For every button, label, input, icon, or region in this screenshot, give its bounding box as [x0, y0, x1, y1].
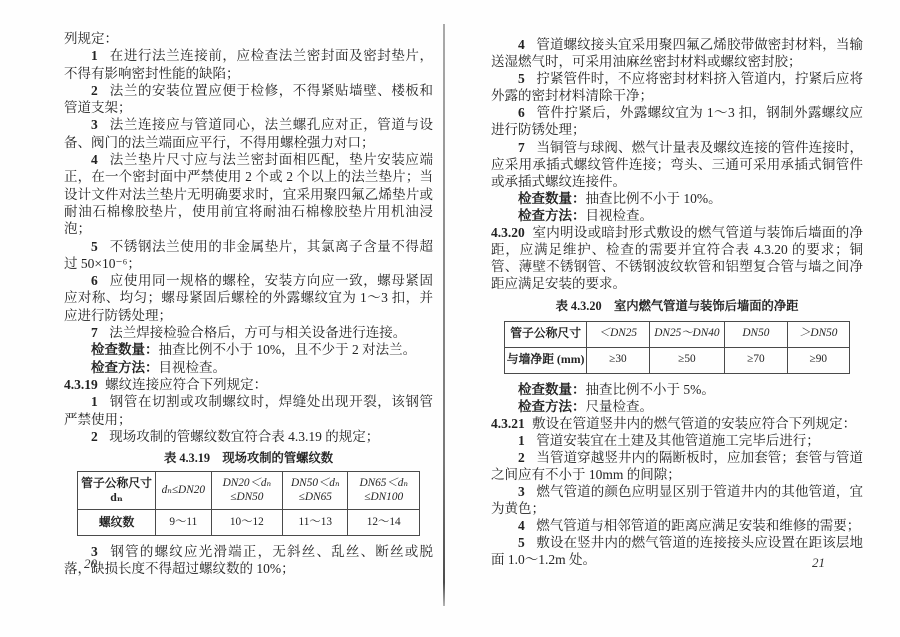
page-right: 4管道螺纹接头宜采用聚四氟乙烯胶带做密封材料，当输送湿燃气时，可采用油麻丝密封材… [491, 36, 863, 569]
list-item: 7法兰焊接检验合格后，方可与相关设备进行连接。 [64, 324, 433, 341]
thread-count-table: 管子公称尺寸 dₙ dₙ≤DN20 DN20＜dₙ ≤DN50 DN50＜dₙ … [77, 471, 420, 536]
item-text: 现场攻制的管螺纹数宜符合表 4.3.19 的规定； [109, 429, 379, 444]
item-number: 1 [518, 433, 525, 448]
table-cell: 10～12 [211, 510, 283, 536]
inspection-label: 检查方法： [518, 399, 586, 414]
inspection-quantity-line: 检查数量：抽查比例不小于 10%，且不少于 2 对法兰。 [64, 341, 433, 358]
item-text: 敷设在竖井内的燃气管道的连接接头应设置在距该层地面 1.0～1.2m 处。 [491, 535, 863, 567]
inspection-text: 抽查比例不小于 10%。 [586, 191, 722, 206]
list-item: 2现场攻制的管螺纹数宜符合表 4.3.19 的规定； [64, 428, 433, 445]
item-text: 当铜管与球阀、燃气计量表及螺纹连接的管件连接时，应采用承插式螺纹管件连接；弯头、… [491, 140, 863, 189]
item-number: 6 [518, 105, 525, 120]
item-text: 钢管在切割或攻制螺纹时，焊缝处出现开裂，该钢管严禁使用； [64, 394, 433, 426]
inspection-label: 检查数量： [91, 342, 159, 357]
inspection-text: 目视检查。 [159, 360, 227, 375]
inspection-label: 检查数量： [518, 382, 586, 397]
item-number: 3 [91, 117, 98, 132]
table-cell: ≥70 [725, 347, 787, 373]
inspection-method-line: 检查方法：目视检查。 [491, 207, 863, 224]
list-item: 2法兰的安装位置应便于检修，不得紧贴墙壁、楼板和管道支架； [64, 82, 433, 117]
item-text: 管道安装宜在土建及其他管道施工完毕后进行； [536, 433, 820, 448]
list-item: 4燃气管道与相邻管道的距离应满足安装和维修的需要； [491, 517, 863, 534]
inspection-label: 检查方法： [518, 208, 586, 223]
table-title-4320: 表 4.3.20 室内燃气管道与装饰后墙面的净距 [491, 298, 863, 315]
table-header-cell: dₙ≤DN20 [156, 472, 211, 510]
table-cell: 11～13 [283, 510, 348, 536]
list-item: 1钢管在切割或攻制螺纹时，焊缝处出现开裂，该钢管严禁使用； [64, 393, 433, 428]
item-number: 1 [91, 48, 98, 63]
page-number-left: 20 [84, 556, 97, 572]
list-item: 5不锈钢法兰使用的非金属垫片，其氯离子含量不得超过 50×10⁻⁶； [64, 238, 433, 273]
table-header-cell: ＞DN50 [787, 321, 849, 347]
item-text: 管件拧紧后，外露螺纹宜为 1～3 扣，钢制外露螺纹应进行防锈处理； [491, 105, 863, 137]
item-number: 5 [518, 71, 525, 86]
inspection-label: 检查数量： [518, 191, 586, 206]
inspection-method-line: 检查方法：目视检查。 [64, 359, 433, 376]
inspection-method-line: 检查方法：尺量检查。 [491, 398, 863, 415]
inspection-text: 抽查比例不小于 10%，且不少于 2 对法兰。 [159, 342, 417, 357]
item-number: 7 [518, 140, 525, 155]
clause-heading-4320: 4.3.20室内明设或暗封形式敷设的燃气管道与装饰后墙面的净距，应满足维护、检查… [491, 224, 863, 292]
clause-text: 螺纹连接应符合下列规定： [105, 377, 267, 392]
item-number: 2 [518, 450, 525, 465]
page-left: 列规定： 1在进行法兰连接前，应检查法兰密封面及密封垫片，不得有影响密封性能的缺… [64, 30, 433, 578]
paragraph-continuation: 列规定： [64, 30, 433, 47]
list-item: 3法兰连接应与管道同心，法兰螺孔应对正，管道与设备、阀门的法兰端面应平行，不得用… [64, 116, 433, 151]
item-text: 钢管的螺纹应光滑端正，无斜丝、乱丝、断丝或脱落，缺损长度不得超过螺纹数的 10%… [64, 544, 433, 576]
table-cell: ≥90 [787, 347, 849, 373]
item-number: 5 [91, 239, 98, 254]
table-header-cell: DN65＜dₙ ≤DN100 [348, 472, 420, 510]
list-item: 1在进行法兰连接前，应检查法兰密封面及密封垫片，不得有影响密封性能的缺陷； [64, 47, 433, 82]
table-cell: 12～14 [348, 510, 420, 536]
clause-number: 4.3.19 [64, 377, 98, 392]
item-number: 2 [91, 429, 98, 444]
table-header-row: 管子公称尺寸 ＜DN25 DN25～DN40 DN50 ＞DN50 [505, 321, 850, 347]
table-row: 螺纹数 9～11 10～12 11～13 12～14 [77, 510, 419, 536]
item-text: 法兰连接应与管道同心，法兰螺孔应对正，管道与设备、阀门的法兰端面应平行，不得用螺… [64, 117, 433, 149]
clause-heading-4319: 4.3.19螺纹连接应符合下列规定： [64, 376, 433, 393]
list-item: 5敷设在竖井内的燃气管道的连接接头应设置在距该层地面 1.0～1.2m 处。 [491, 534, 863, 568]
item-number: 7 [91, 325, 98, 340]
table-header-cell: DN50 [725, 321, 787, 347]
page-gutter-line [443, 24, 445, 606]
table-row-label: 与墙净距 (mm) [505, 347, 587, 373]
clause-number: 4.3.20 [491, 225, 525, 240]
list-item: 2当管道穿越竖井内的隔断板时，应加套管；套管与管道之间应有不小于 10mm 的间… [491, 449, 863, 483]
list-item: 6应使用同一规格的螺栓，安装方向应一致，螺母紧固应对称、均匀；螺母紧固后螺栓的外… [64, 272, 433, 324]
item-text: 燃气管道与相邻管道的距离应满足安装和维修的需要； [536, 518, 860, 533]
item-text: 法兰的安装位置应便于检修，不得紧贴墙壁、楼板和管道支架； [64, 83, 433, 115]
list-item: 1管道安装宜在土建及其他管道施工完毕后进行； [491, 432, 863, 449]
list-item: 7当铜管与球阀、燃气计量表及螺纹连接的管件连接时，应采用承插式螺纹管件连接；弯头… [491, 139, 863, 190]
inspection-quantity-line: 检查数量：抽查比例不小于 5%。 [491, 381, 863, 398]
item-text: 当管道穿越竖井内的隔断板时，应加套管；套管与管道之间应有不小于 10mm 的间隙… [491, 450, 863, 482]
item-number: 1 [91, 394, 98, 409]
item-text: 在进行法兰连接前，应检查法兰密封面及密封垫片，不得有影响密封性能的缺陷； [64, 48, 433, 80]
wall-clearance-table: 管子公称尺寸 ＜DN25 DN25～DN40 DN50 ＞DN50 与墙净距 (… [504, 321, 850, 374]
item-text: 拧紧管件时，不应将密封材料挤入管道内，拧紧后应将外露的密封材料清除干净； [491, 71, 863, 103]
inspection-text: 目视检查。 [586, 208, 654, 223]
table-header-row: 管子公称尺寸 dₙ dₙ≤DN20 DN20＜dₙ ≤DN50 DN50＜dₙ … [77, 472, 419, 510]
list-item: 4管道螺纹接头宜采用聚四氟乙烯胶带做密封材料，当输送湿燃气时，可采用油麻丝密封材… [491, 36, 863, 70]
table-header-cell: DN25～DN40 [649, 321, 725, 347]
item-number: 4 [518, 518, 525, 533]
item-text: 法兰垫片尺寸应与法兰密封面相匹配，垫片安装应端正，在一个密封面中严禁使用 2 个… [64, 152, 433, 236]
table-row-label: 螺纹数 [77, 510, 155, 536]
list-item: 5拧紧管件时，不应将密封材料挤入管道内，拧紧后应将外露的密封材料清除干净； [491, 70, 863, 104]
item-text: 应使用同一规格的螺栓，安装方向应一致，螺母紧固应对称、均匀；螺母紧固后螺栓的外露… [64, 273, 433, 323]
table-row: 与墙净距 (mm) ≥30 ≥50 ≥70 ≥90 [505, 347, 850, 373]
table-cell: ≥30 [587, 347, 649, 373]
item-number: 4 [518, 37, 525, 52]
item-number: 6 [91, 273, 98, 288]
item-text: 管道螺纹接头宜采用聚四氟乙烯胶带做密封材料，当输送湿燃气时，可采用油麻丝密封材料… [491, 37, 863, 69]
list-item: 4法兰垫片尺寸应与法兰密封面相匹配，垫片安装应端正，在一个密封面中严禁使用 2 … [64, 151, 433, 237]
clause-text: 敷设在管道竖井内的燃气管道的安装应符合下列规定： [532, 416, 856, 431]
table-cell: 9～11 [156, 510, 211, 536]
item-number: 5 [518, 535, 525, 550]
page-number-right: 21 [812, 555, 825, 571]
table-header-cell: 管子公称尺寸 [505, 321, 587, 347]
table-title-4319: 表 4.3.19 现场攻制的管螺纹数 [64, 451, 433, 466]
item-number: 4 [91, 152, 98, 167]
list-item: 3燃气管道的颜色应明显区别于管道井内的其他管道，宜为黄色； [491, 483, 863, 517]
inspection-text: 尺量检查。 [586, 399, 654, 414]
item-text: 法兰焊接检验合格后，方可与相关设备进行连接。 [109, 325, 406, 340]
inspection-label: 检查方法： [91, 360, 159, 375]
table-header-cell: ＜DN25 [587, 321, 649, 347]
table-header-cell: 管子公称尺寸 dₙ [77, 472, 155, 510]
item-text: 不锈钢法兰使用的非金属垫片，其氯离子含量不得超过 50×10⁻⁶； [64, 239, 433, 271]
table-cell: ≥50 [649, 347, 725, 373]
item-text: 燃气管道的颜色应明显区别于管道井内的其他管道，宜为黄色； [491, 484, 863, 516]
list-item: 6管件拧紧后，外露螺纹宜为 1～3 扣，钢制外露螺纹应进行防锈处理； [491, 104, 863, 138]
inspection-quantity-line: 检查数量：抽查比例不小于 10%。 [491, 190, 863, 207]
table-header-cell: DN50＜dₙ ≤DN65 [283, 472, 348, 510]
list-item: 3钢管的螺纹应光滑端正，无斜丝、乱丝、断丝或脱落，缺损长度不得超过螺纹数的 10… [64, 543, 433, 578]
item-number: 2 [91, 83, 98, 98]
item-number: 3 [518, 484, 525, 499]
table-header-cell: DN20＜dₙ ≤DN50 [211, 472, 283, 510]
clause-heading-4321: 4.3.21敷设在管道竖井内的燃气管道的安装应符合下列规定： [491, 415, 863, 432]
clause-text: 室内明设或暗封形式敷设的燃气管道与装饰后墙面的净距，应满足维护、检查的需要并宜符… [491, 225, 863, 291]
clause-number: 4.3.21 [491, 416, 525, 431]
inspection-text: 抽查比例不小于 5%。 [586, 382, 715, 397]
